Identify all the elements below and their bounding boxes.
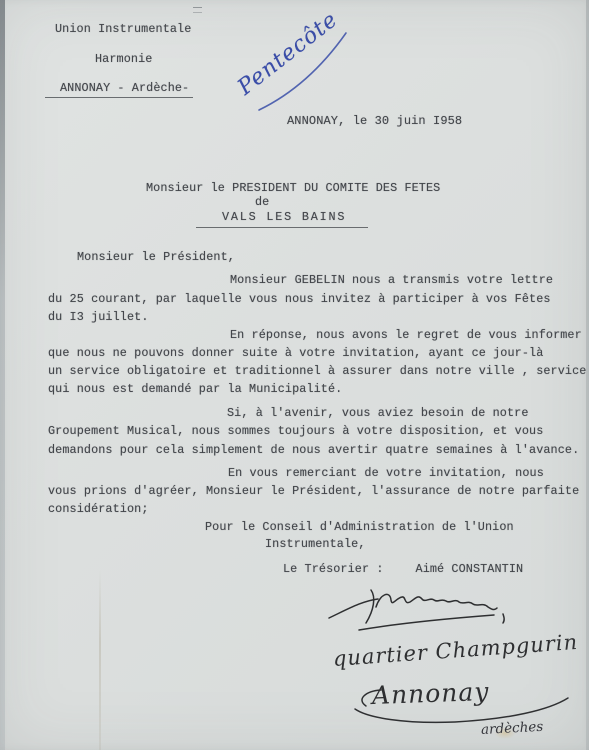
body-line: qui nous est demandé par la Municipalité… (48, 382, 342, 396)
body-line: considération; (48, 502, 149, 516)
signature-flourish (329, 590, 504, 630)
handwritten-city: Annonay (371, 677, 489, 710)
letterhead-underline (45, 97, 193, 98)
body-line: Si, à l'avenir, vous aviez besoin de not… (227, 406, 529, 420)
scan-edge-left (0, 0, 5, 750)
body-line: du I3 juillet. (48, 310, 149, 324)
closing-line-2: Instrumentale, (265, 537, 366, 551)
date-line: ANNONAY, le 30 juin I958 (287, 114, 462, 128)
treasurer-line: Le Trésorier :Aimé CONSTANTIN (283, 562, 523, 576)
letterhead-line-3: ANNONAY - Ardèche- (60, 81, 189, 95)
fold-crease (99, 570, 101, 750)
scanner-mark (193, 7, 202, 13)
treasurer-title: Le Trésorier : (283, 562, 384, 576)
recipient-line-1: Monsieur le PRESIDENT DU COMITE DES FETE… (146, 181, 440, 195)
body-line: En réponse, nous avons le regret de vous… (230, 328, 582, 342)
letter-page: Union Instrumentale Harmonie ANNONAY - A… (0, 0, 589, 750)
body-line: du 25 courant, par laquelle vous nous in… (48, 292, 551, 306)
body-line: vous prions d'agréer, Monsieur le Présid… (48, 484, 579, 498)
recipient-line-2: de (255, 195, 269, 209)
letterhead-line-2: Harmonie (95, 52, 152, 66)
body-line: que nous ne pouvons donner suite à votre… (48, 346, 543, 360)
handwritten-address: quartier Champgurin (332, 630, 579, 671)
treasurer-name: Aimé CONSTANTIN (416, 562, 524, 576)
body-line: Monsieur GEBELIN nous a transmis votre l… (230, 273, 553, 287)
recipient-line-3: VALS LES BAINS (222, 210, 346, 224)
body-line: En vous remerciant de votre invitation, … (228, 466, 544, 480)
body-line: un service obligatoire et traditionnel à… (48, 364, 586, 378)
body-line: demandons pour cela simplement de nous a… (48, 443, 579, 457)
letterhead-line-1: Union Instrumentale (55, 22, 191, 36)
recipient-underline (196, 227, 368, 228)
handwritten-pentecote-note: Pentecôte (233, 7, 342, 100)
body-line: Groupement Musical, nous sommes toujours… (48, 424, 543, 438)
salutation: Monsieur le Président, (77, 250, 235, 264)
closing-line-1: Pour le Conseil d'Administration de l'Un… (205, 520, 514, 534)
handwritten-corner-note: ardèches (481, 719, 544, 738)
